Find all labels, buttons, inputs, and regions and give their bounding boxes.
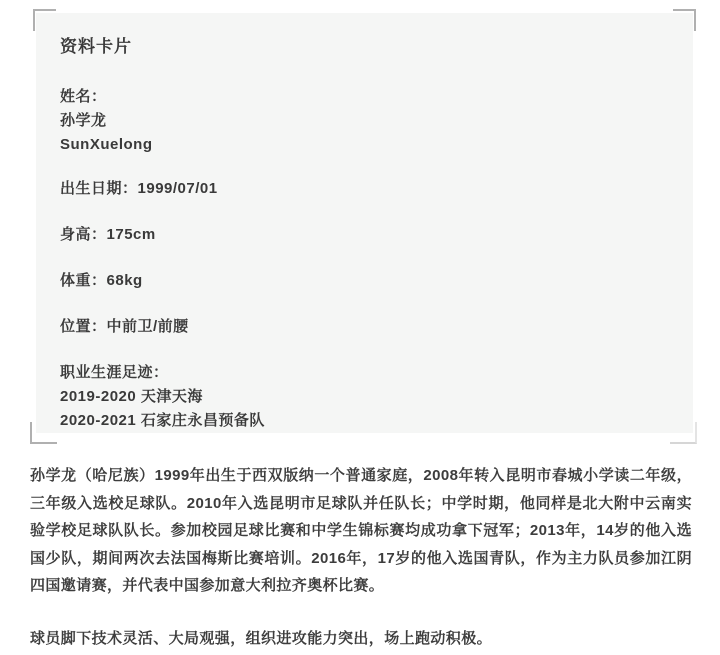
name-chinese: 孙学龙 <box>60 109 669 133</box>
career-item: 2020-2021 石家庄永昌预备队 <box>60 409 669 433</box>
article-page: 资料卡片 姓名： 孙学龙 SunXuelong 出生日期：1999/07/01 … <box>0 0 720 655</box>
weight-value: 68kg <box>107 272 143 289</box>
height-label: 身高： <box>60 226 107 243</box>
name-label: 姓名： <box>60 85 669 109</box>
card-title: 资料卡片 <box>60 35 669 59</box>
biography-section: 孙学龙（哈尼族）1999年出生于西双版纳一个普通家庭，2008年转入昆明市春城小… <box>30 462 692 652</box>
name-group: 姓名： 孙学龙 SunXuelong <box>60 85 669 157</box>
career-label: 职业生涯足迹： <box>60 361 669 385</box>
height-value: 175cm <box>107 226 156 243</box>
field-height: 身高：175cm <box>60 223 669 247</box>
field-weight: 体重：68kg <box>60 269 669 293</box>
position-label: 位置： <box>60 318 107 335</box>
profile-card: 资料卡片 姓名： 孙学龙 SunXuelong 出生日期：1999/07/01 … <box>36 13 693 433</box>
career-group: 职业生涯足迹： 2019-2020 天津天海 2020-2021 石家庄永昌预备… <box>60 361 669 433</box>
biography-paragraph: 孙学龙（哈尼族）1999年出生于西双版纳一个普通家庭，2008年转入昆明市春城小… <box>30 462 692 600</box>
name-pinyin: SunXuelong <box>60 133 669 157</box>
career-item: 2019-2020 天津天海 <box>60 385 669 409</box>
position-value: 中前卫/前腰 <box>107 318 189 335</box>
birth-date-label: 出生日期： <box>60 180 138 197</box>
birth-date-value: 1999/07/01 <box>138 180 218 197</box>
weight-label: 体重： <box>60 272 107 289</box>
player-traits-paragraph: 球员脚下技术灵活、大局观强，组织进攻能力突出，场上跑动积极。 <box>30 625 692 653</box>
field-birth-date: 出生日期：1999/07/01 <box>60 177 669 201</box>
field-position: 位置：中前卫/前腰 <box>60 315 669 339</box>
